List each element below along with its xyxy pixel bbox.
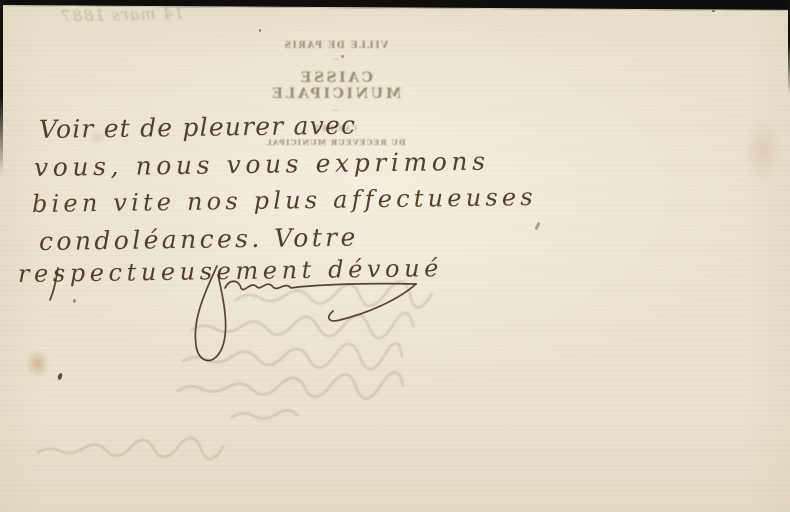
signature-flourish bbox=[0, 0, 790, 512]
scan-left-edge bbox=[0, 0, 3, 175]
scanned-letter: 14 mars 1887 VILLE DE PARIS — CAISSE MUN… bbox=[0, 0, 790, 512]
